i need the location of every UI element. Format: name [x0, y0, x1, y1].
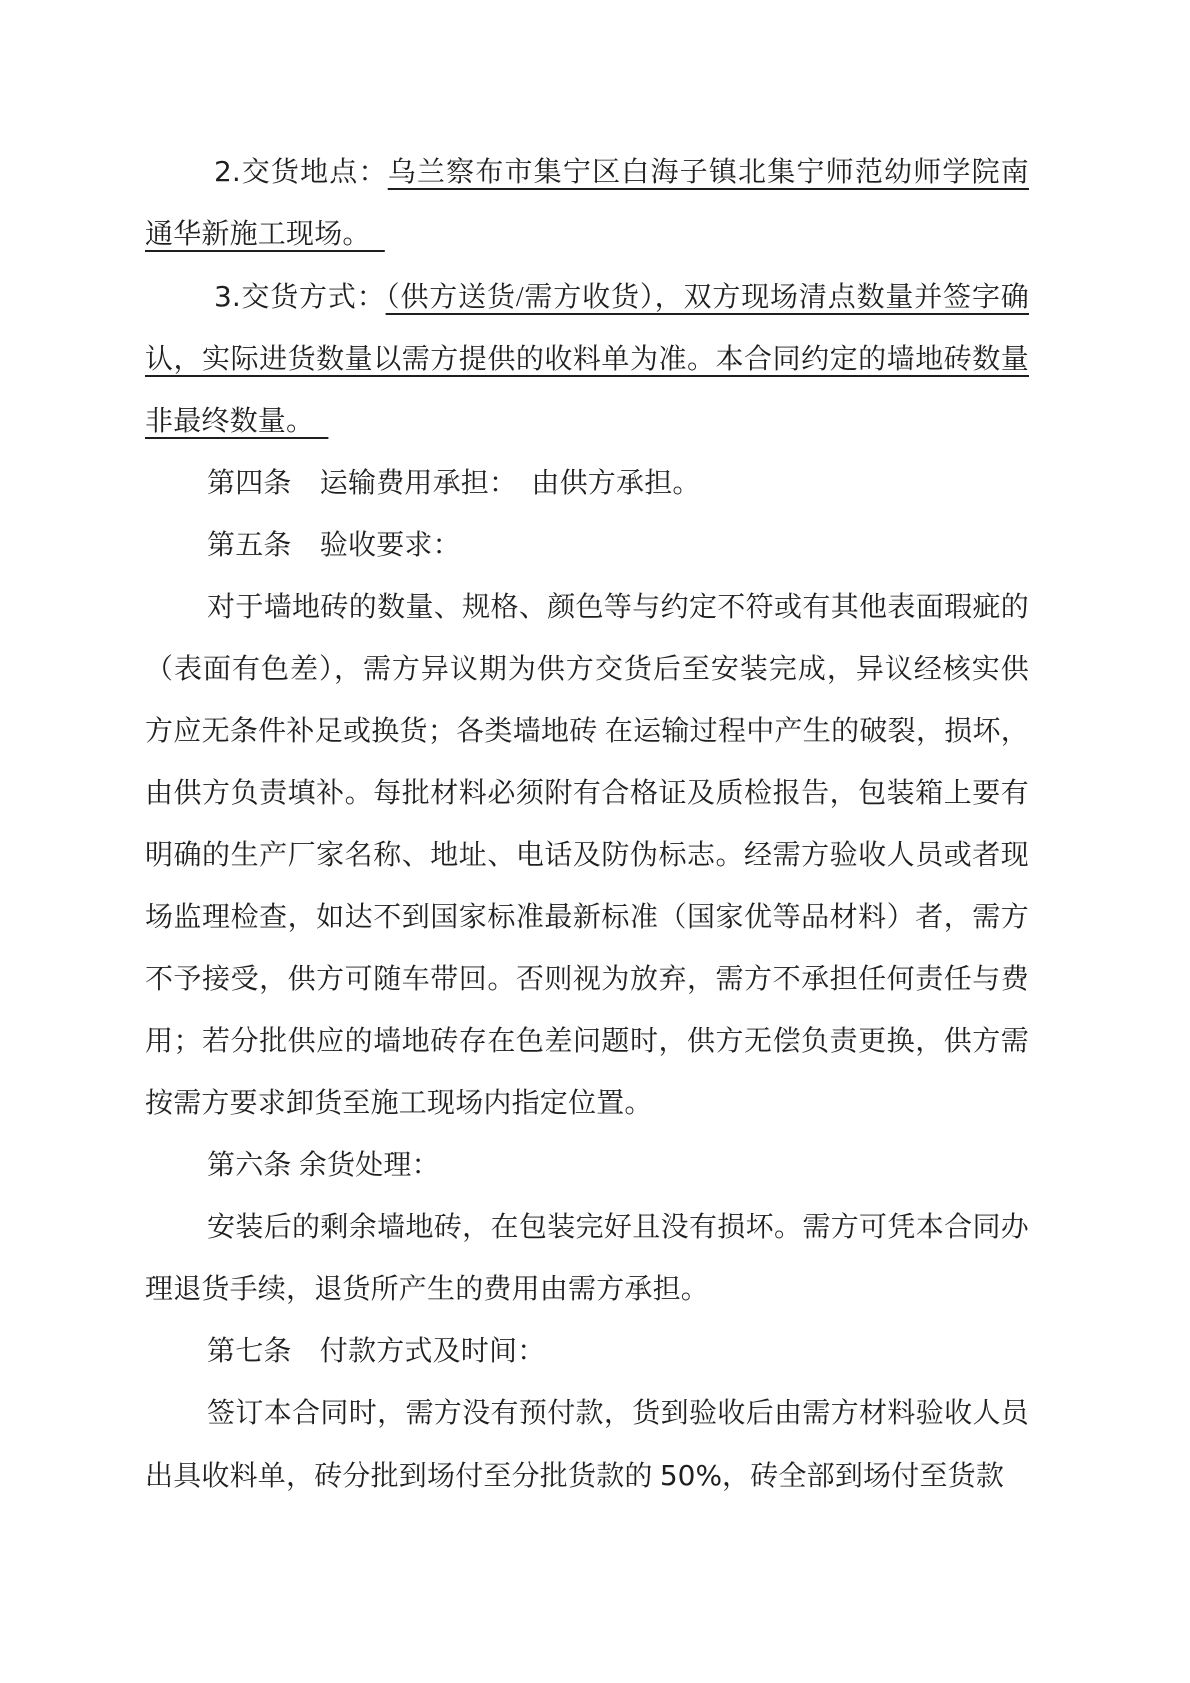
numeral-text: 3.	[214, 280, 241, 313]
text-run: 安装后的剩余墙地砖，在包装完好且没有损坏。需方可凭本合同办理退货手续，退货所产生…	[145, 1212, 1029, 1305]
article-4-freight-cost: 第四条 运输费用承担： 由供方承担。	[145, 453, 1029, 515]
text-run: 第七条 付款方式及时间：	[207, 1336, 545, 1367]
article-7-payment-heading: 第七条 付款方式及时间：	[145, 1321, 1029, 1383]
text-run: 交货方式：	[241, 282, 386, 313]
numeral-text: 50%	[660, 1459, 722, 1492]
numeral-text: 2.	[214, 155, 241, 188]
text-run: 对于墙地砖的数量、规格、颜色等与约定不符或有其他表面瑕疵的（表面有色差），需方异…	[145, 592, 1029, 1119]
clause-2-delivery-location: 2.交货地点：乌兰察布市集宁区白海子镇北集宁师范幼师学院南通华新施工现场。	[145, 141, 1029, 266]
clause-3-delivery-method: 3.交货方式：（供方送货/需方收货），双方现场清点数量并签字确认，实际进货数量以…	[145, 266, 1029, 453]
text-run: 第六条 余货处理：	[207, 1150, 440, 1181]
text-run: 第五条 验收要求：	[207, 530, 461, 561]
article-5-acceptance-heading: 第五条 验收要求：	[145, 515, 1029, 577]
contract-document-page: 2.交货地点：乌兰察布市集宁区白海子镇北集宁师范幼师学院南通华新施工现场。 3.…	[0, 0, 1190, 1683]
article-7-payment-body: 签订本合同时，需方没有预付款，货到验收后由需方材料验收人员出具收料单，砖分批到场…	[145, 1383, 1029, 1508]
text-run: ，砖全部到场付至货款	[722, 1461, 1004, 1492]
contract-text-block: 2.交货地点：乌兰察布市集宁区白海子镇北集宁师范幼师学院南通华新施工现场。 3.…	[145, 141, 1029, 1508]
article-5-acceptance-body: 对于墙地砖的数量、规格、颜色等与约定不符或有其他表面瑕疵的（表面有色差），需方异…	[145, 577, 1029, 1135]
article-6-surplus-heading: 第六条 余货处理：	[145, 1135, 1029, 1197]
article-6-surplus-body: 安装后的剩余墙地砖，在包装完好且没有损坏。需方可凭本合同办理退货手续，退货所产生…	[145, 1197, 1029, 1321]
text-run: 第四条 运输费用承担： 由供方承担。	[207, 468, 701, 499]
text-run: 交货地点：	[241, 157, 388, 188]
